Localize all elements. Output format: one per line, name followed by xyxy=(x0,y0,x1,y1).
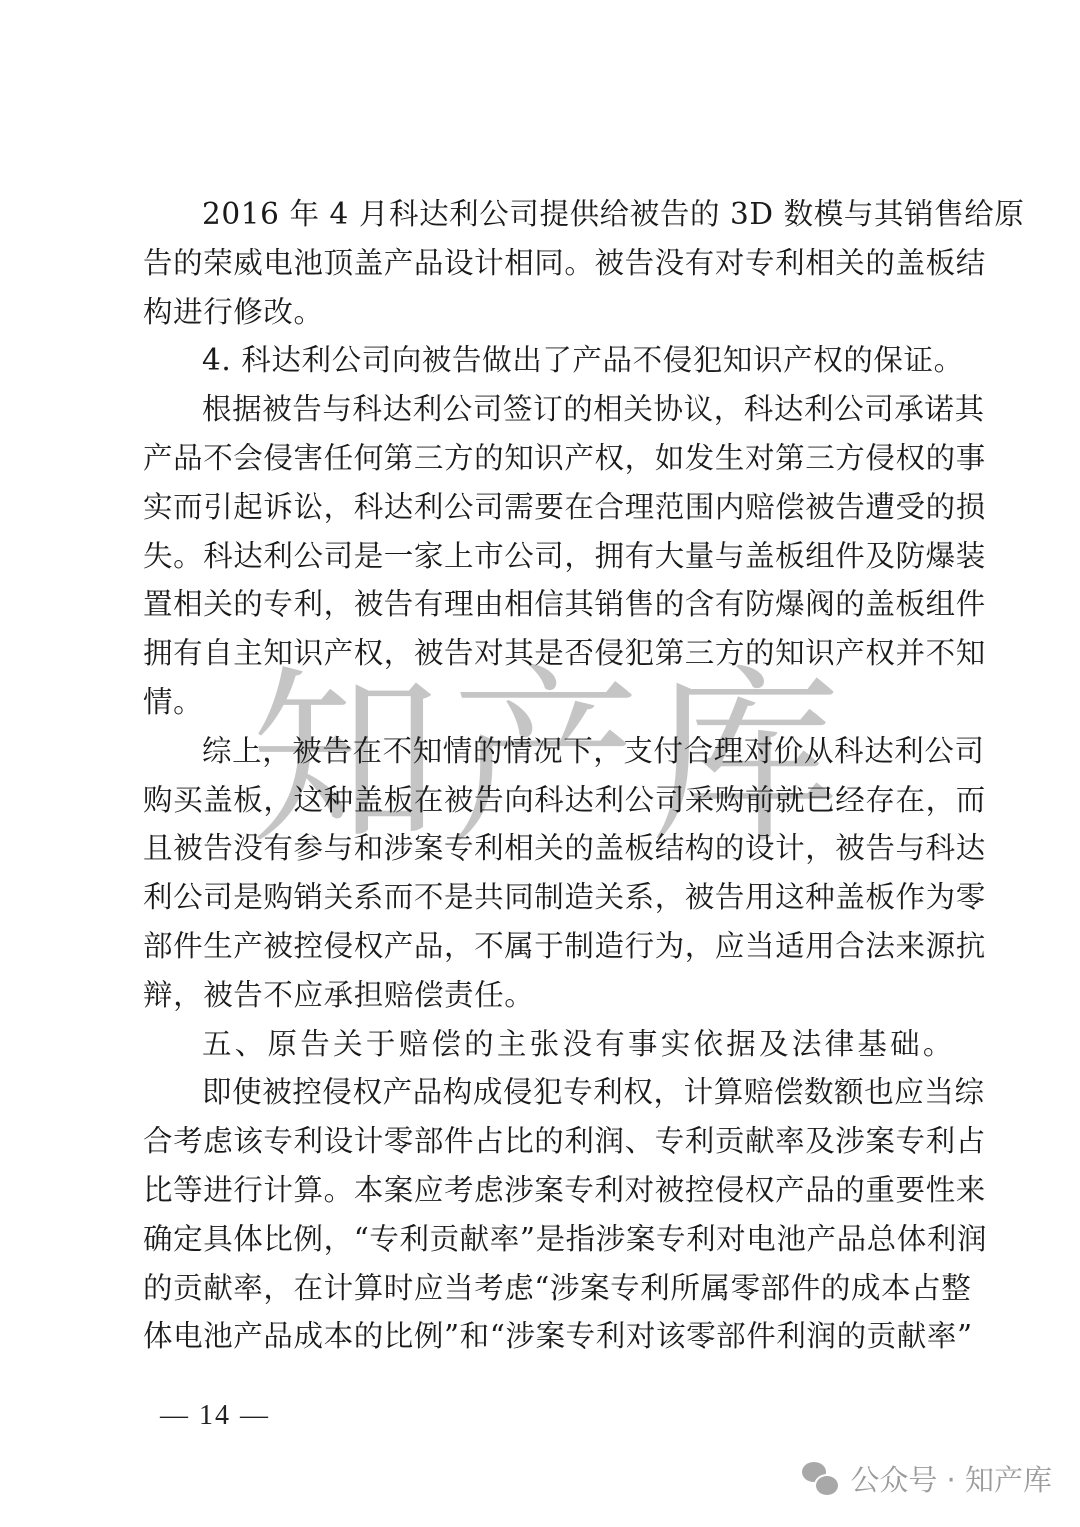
text-line: 失。科达利公司是一家上市公司，拥有大量与盖板组件及防爆装 xyxy=(143,532,953,581)
text-line: 利公司是购销关系而不是共同制造关系，被告用这种盖板作为零 xyxy=(143,873,953,922)
text-line: 情。 xyxy=(143,678,953,727)
text-line: 的贡献率，在计算时应当考虑“涉案专利所属零部件的成本占整 xyxy=(143,1264,953,1313)
text-line: 4. 科达利公司向被告做出了产品不侵犯知识产权的保证。 xyxy=(143,336,953,385)
wechat-account-credit: 公众号 · 知产库 xyxy=(802,1458,1052,1499)
text-line: 体电池产品成本的比例”和“涉案专利对该零部件利润的贡献率” xyxy=(143,1312,953,1361)
text-line: 实而引起诉讼，科达利公司需要在合理范围内赔偿被告遭受的损 xyxy=(143,483,953,532)
text-line: 合考虑该专利设计零部件占比的利润、专利贡献率及涉案专利占 xyxy=(143,1117,953,1166)
text-line: 且被告没有参与和涉案专利相关的盖板结构的设计，被告与科达 xyxy=(143,824,953,873)
account-name: 公众号 · 知产库 xyxy=(850,1458,1052,1499)
text-line: 2016 年 4 月科达利公司提供给被告的 3D 数模与其销售给原 xyxy=(143,190,953,239)
text-line: 即使被控侵权产品构成侵犯专利权，计算赔偿数额也应当综 xyxy=(143,1068,953,1117)
wechat-icon xyxy=(802,1462,838,1496)
text-line: 比等进行计算。本案应考虑涉案专利对被控侵权产品的重要性来 xyxy=(143,1166,953,1215)
text-line: 产品不会侵害任何第三方的知识产权，如发生对第三方侵权的事 xyxy=(143,434,953,483)
text-line: 购买盖板，这种盖板在被告向科达利公司采购前就已经存在，而 xyxy=(143,776,953,825)
text-line: 根据被告与科达利公司签订的相关协议，科达利公司承诺其 xyxy=(143,385,953,434)
text-line: 告的荣威电池顶盖产品设计相同。被告没有对专利相关的盖板结 xyxy=(143,239,953,288)
page-number: — 14 — xyxy=(160,1400,270,1432)
text-line: 五、原告关于赔偿的主张没有事实依据及法律基础。 xyxy=(143,1020,953,1069)
document-body: 2016 年 4 月科达利公司提供给被告的 3D 数模与其销售给原告的荣威电池顶… xyxy=(143,190,953,1361)
text-line: 拥有自主知识产权，被告对其是否侵犯第三方的知识产权并不知 xyxy=(143,629,953,678)
text-line: 构进行修改。 xyxy=(143,288,953,337)
text-line: 辩，被告不应承担赔偿责任。 xyxy=(143,971,953,1020)
text-line: 置相关的专利，被告有理由相信其销售的含有防爆阀的盖板组件 xyxy=(143,580,953,629)
text-line: 部件生产被控侵权产品，不属于制造行为，应当适用合法来源抗 xyxy=(143,922,953,971)
text-line: 综上，被告在不知情的情况下，支付合理对价从科达利公司 xyxy=(143,727,953,776)
text-line: 确定具体比例，“专利贡献率”是指涉案专利对电池产品总体利润 xyxy=(143,1215,953,1264)
document-page: 知产库 2016 年 4 月科达利公司提供给被告的 3D 数模与其销售给原告的荣… xyxy=(0,0,1080,1527)
